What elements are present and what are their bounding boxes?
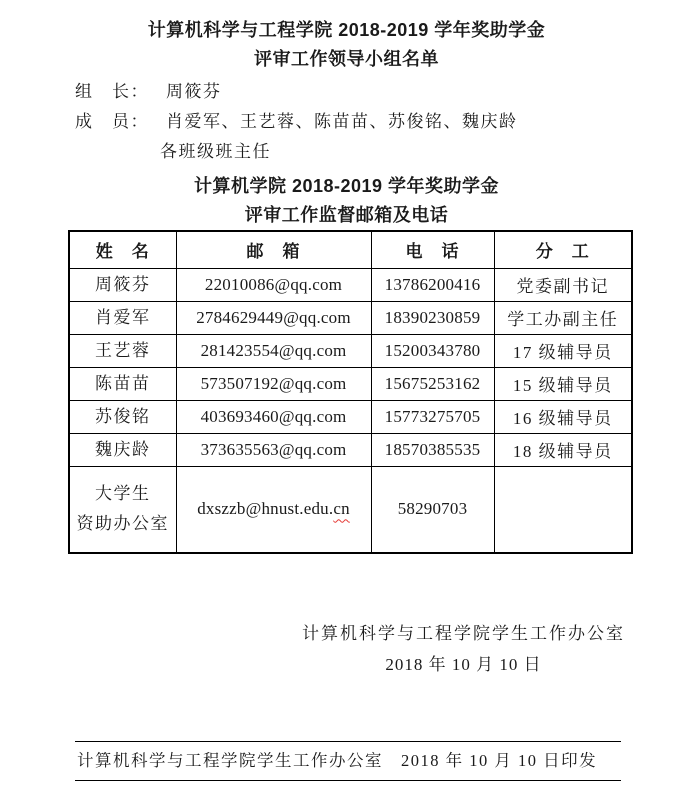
print-issue-line: 计算机科学与工程学院学生工作办公室 2018 年 10 月 10 日印发 (77, 750, 621, 772)
table-row: 苏俊铭403693460@qq.com1577327570516 级辅导员 (69, 400, 632, 433)
contact-table: 姓 名邮 箱电 话分 工 周筱芬22010086@qq.com137862004… (68, 230, 633, 554)
members-row: 成 员： 肖爱军、王艺蓉、陈苗苗、苏俊铭、魏庆龄 (75, 107, 653, 137)
phone-cell: 13786200416 (371, 268, 494, 301)
phone-cell: 58290703 (371, 466, 494, 553)
email-cell: 573507192@qq.com (176, 367, 371, 400)
table-row: 周筱芬22010086@qq.com13786200416党委副书记 (69, 268, 632, 301)
column-header-2: 邮 箱 (176, 231, 371, 268)
email-cell: 373635563@qq.com (176, 433, 371, 466)
phone-cell: 18390230859 (371, 301, 494, 334)
email-cell: 22010086@qq.com (176, 268, 371, 301)
email-cell: 403693460@qq.com (176, 400, 371, 433)
leader-group-block: 组 长： 周筱芬 成 员： 肖爱军、王艺蓉、陈苗苗、苏俊铭、魏庆龄 各班级班主任 (75, 77, 653, 167)
column-header-4: 分 工 (494, 231, 632, 268)
column-header-3: 电 话 (371, 231, 494, 268)
members-label: 成 员： (75, 107, 149, 137)
name-cell: 周筱芬 (69, 268, 176, 301)
name-cell: 大学生 资助办公室 (69, 466, 176, 553)
name-cell: 魏庆龄 (69, 433, 176, 466)
name-cell: 苏俊铭 (69, 400, 176, 433)
table-section-title: 计算机学院 2018-2019 学年奖助学金 评审工作监督邮箱及电话 (0, 172, 693, 230)
signature-office: 计算机科学与工程学院学生工作办公室 (302, 618, 625, 649)
table-section-title-line1: 计算机学院 2018-2019 学年奖助学金 (0, 172, 693, 201)
role-cell (494, 466, 632, 553)
role-cell: 17 级辅导员 (494, 334, 632, 367)
table-row: 大学生 资助办公室dxszzb@hnust.edu.cn58290703 (69, 466, 632, 553)
document-title: 计算机科学与工程学院 2018-2019 学年奖助学金 评审工作领导小组名单 (0, 16, 693, 74)
phone-cell: 15773275705 (371, 400, 494, 433)
signature-date: 2018 年 10 月 10 日 (302, 649, 625, 680)
print-issue-block: 计算机科学与工程学院学生工作办公室 2018 年 10 月 10 日印发 (75, 741, 621, 781)
email-cell: dxszzb@hnust.edu.cn (176, 466, 371, 553)
name-cell: 陈苗苗 (69, 367, 176, 400)
role-cell: 党委副书记 (494, 268, 632, 301)
name-cell: 肖爱军 (69, 301, 176, 334)
table-row: 陈苗苗573507192@qq.com1567525316215 级辅导员 (69, 367, 632, 400)
column-header-1: 姓 名 (69, 231, 176, 268)
role-cell: 学工办副主任 (494, 301, 632, 334)
document-title-line2: 评审工作领导小组名单 (0, 45, 693, 74)
spellcheck-underlined-text: cn (333, 499, 349, 518)
email-cell: 2784629449@qq.com (176, 301, 371, 334)
role-cell: 18 级辅导员 (494, 433, 632, 466)
role-cell: 16 级辅导员 (494, 400, 632, 433)
phone-cell: 15675253162 (371, 367, 494, 400)
table-header-row: 姓 名邮 箱电 话分 工 (69, 231, 632, 268)
table-row: 王艺蓉281423554@qq.com1520034378017 级辅导员 (69, 334, 632, 367)
document-page: 计算机科学与工程学院 2018-2019 学年奖助学金 评审工作领导小组名单 组… (0, 0, 693, 792)
phone-cell: 15200343780 (371, 334, 494, 367)
role-cell: 15 级辅导员 (494, 367, 632, 400)
members-names: 肖爱军、王艺蓉、陈苗苗、苏俊铭、魏庆龄 (166, 107, 518, 137)
table-row: 肖爱军2784629449@qq.com18390230859学工办副主任 (69, 301, 632, 334)
signature-block: 计算机科学与工程学院学生工作办公室 2018 年 10 月 10 日 (302, 618, 625, 680)
email-cell: 281423554@qq.com (176, 334, 371, 367)
members-extra-row: 各班级班主任 (160, 137, 653, 167)
phone-cell: 18570385535 (371, 433, 494, 466)
leader-name: 周筱芬 (166, 77, 222, 107)
leader-label: 组 长： (75, 77, 149, 107)
leader-row: 组 长： 周筱芬 (75, 77, 653, 107)
table-section-title-line2: 评审工作监督邮箱及电话 (0, 201, 693, 230)
document-title-line1: 计算机科学与工程学院 2018-2019 学年奖助学金 (0, 16, 693, 45)
table-row: 魏庆龄373635563@qq.com1857038553518 级辅导员 (69, 433, 632, 466)
name-cell: 王艺蓉 (69, 334, 176, 367)
